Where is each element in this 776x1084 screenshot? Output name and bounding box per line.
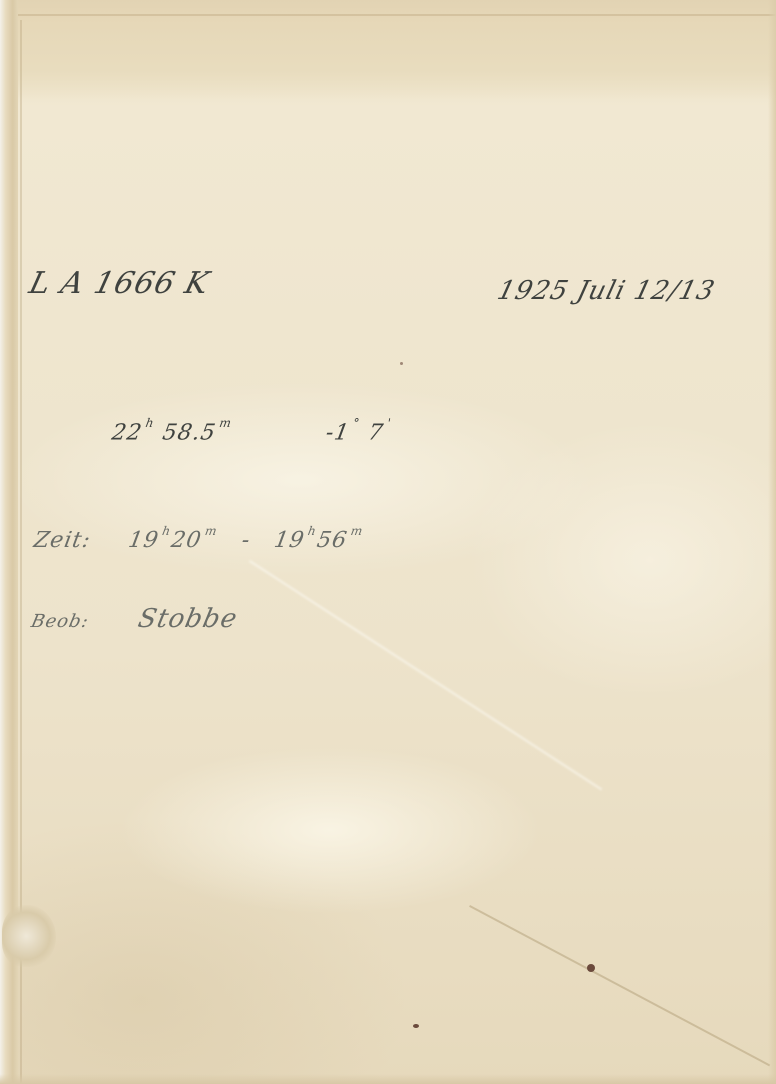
diagonal-crease — [469, 905, 770, 1066]
time-start-minutes: 20 — [169, 528, 203, 553]
observer-label: Beob: — [29, 611, 91, 632]
paper-wrinkle — [249, 560, 602, 790]
right-ascension: 22h 58.5m — [110, 420, 235, 445]
document-sheet: L A 1666 K 1925 Juli 12/13 22h 58.5m -1°… — [0, 0, 776, 1084]
top-fold-line — [0, 14, 776, 16]
observer: Beob: Stobbe — [29, 604, 241, 634]
dec-minutes-unit: ' — [386, 416, 393, 430]
bottom-edge-shadow — [0, 1074, 776, 1084]
exposure-time: Zeit: 19h20m - 19h56m — [32, 528, 366, 553]
ink-speck — [400, 362, 403, 365]
time-end-minutes-unit: m — [350, 524, 365, 538]
time-start-hours-unit: h — [161, 524, 172, 538]
time-label: Zeit: — [32, 528, 93, 553]
time-start: 19h20m — [126, 528, 220, 553]
catalog-id: L A 1666 K — [26, 266, 214, 301]
observer-name: Stobbe — [135, 604, 240, 634]
ink-speck — [413, 1024, 419, 1028]
dec-degrees: -1 — [324, 420, 352, 445]
paper-tear — [2, 905, 56, 967]
time-start-minutes-unit: m — [204, 524, 219, 538]
time-end-hours: 19 — [272, 528, 306, 553]
time-end: 19h56m — [272, 528, 366, 553]
observation-date: 1925 Juli 12/13 — [494, 276, 718, 306]
right-edge-shadow — [768, 0, 776, 1084]
dec-minutes: 7 — [366, 420, 385, 445]
declination: -1° 7' — [324, 420, 394, 445]
ra-hours-unit: h — [144, 416, 155, 430]
dec-degrees-unit: ° — [352, 416, 362, 430]
ra-minutes: 58.5 — [161, 420, 218, 445]
ink-speck — [587, 964, 595, 972]
time-start-hours: 19 — [126, 528, 160, 553]
ra-minutes-unit: m — [218, 416, 233, 430]
time-end-hours-unit: h — [307, 524, 318, 538]
ra-hours: 22 — [110, 420, 144, 445]
time-end-minutes: 56 — [315, 528, 349, 553]
time-separator: - — [240, 528, 253, 553]
